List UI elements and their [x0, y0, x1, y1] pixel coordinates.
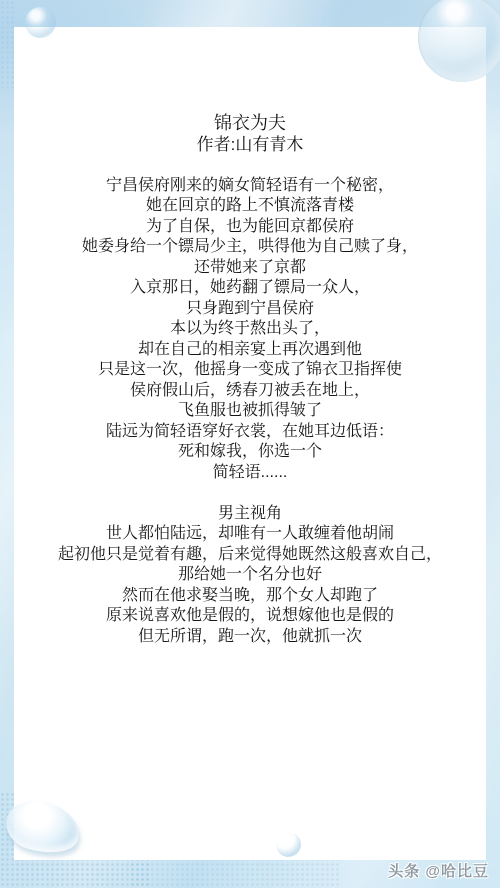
novel-title: 锦衣为夫 [14, 113, 486, 134]
male-pov-line: 但无所谓，跑一次，他就抓一次 [14, 627, 486, 648]
synopsis-line: 宁昌侯府刚来的嫡女简轻语有一个秘密， [14, 176, 486, 197]
spacer [14, 155, 486, 176]
male-pov-line: 起初他只是觉着有趣，后来觉得她既然这般喜欢自己， [14, 545, 486, 566]
male-pov-line: 原来说喜欢他是假的，说想嫁他也是假的 [14, 606, 486, 627]
synopsis-line: 她在回京的路上不慎流落青楼 [14, 196, 486, 217]
synopsis-line: 本以为终于熬出头了， [14, 319, 486, 340]
synopsis-line: 飞鱼服也被抓得皱了 [14, 401, 486, 422]
male-pov-line: 世人都怕陆远，却唯有一人敢缠着他胡闹 [14, 524, 486, 545]
synopsis-line: 入京那日，她药翻了镖局一众人， [14, 278, 486, 299]
synopsis-line: 死和嫁我，你选一个 [14, 442, 486, 463]
synopsis-line: 却在自己的相亲宴上再次遇到他 [14, 340, 486, 361]
synopsis-line: 侯府假山后，绣春刀被丢在地上， [14, 381, 486, 402]
spacer [14, 483, 486, 504]
male-pov-line: 然而在他求娶当晚，那个女人却跑了 [14, 586, 486, 607]
synopsis-line: 只是这一次，他摇身一变成了锦衣卫指挥使 [14, 360, 486, 381]
synopsis-line: 简轻语...... [14, 463, 486, 484]
author-line: 作者:山有青木 [14, 134, 486, 155]
synopsis-line: 她委身给一个镖局少主，哄得他为自己赎了身， [14, 237, 486, 258]
watermark: 头条 @哈比豆 [388, 860, 489, 881]
novel-text-block: 锦衣为夫 作者:山有青木 宁昌侯府刚来的嫡女简轻语有一个秘密， 她在回京的路上不… [14, 27, 486, 647]
male-pov-heading: 男主视角 [14, 504, 486, 525]
male-pov-line: 那给她一个名分也好 [14, 565, 486, 586]
synopsis-line: 只身跑到宁昌侯府 [14, 299, 486, 320]
synopsis-line: 陆远为简轻语穿好衣裳，在她耳边低语： [14, 422, 486, 443]
synopsis-line: 为了自保，也为能回京都侯府 [14, 217, 486, 238]
synopsis-line: 还带她来了京都 [14, 258, 486, 279]
content-card: 锦衣为夫 作者:山有青木 宁昌侯府刚来的嫡女简轻语有一个秘密， 她在回京的路上不… [14, 27, 486, 860]
